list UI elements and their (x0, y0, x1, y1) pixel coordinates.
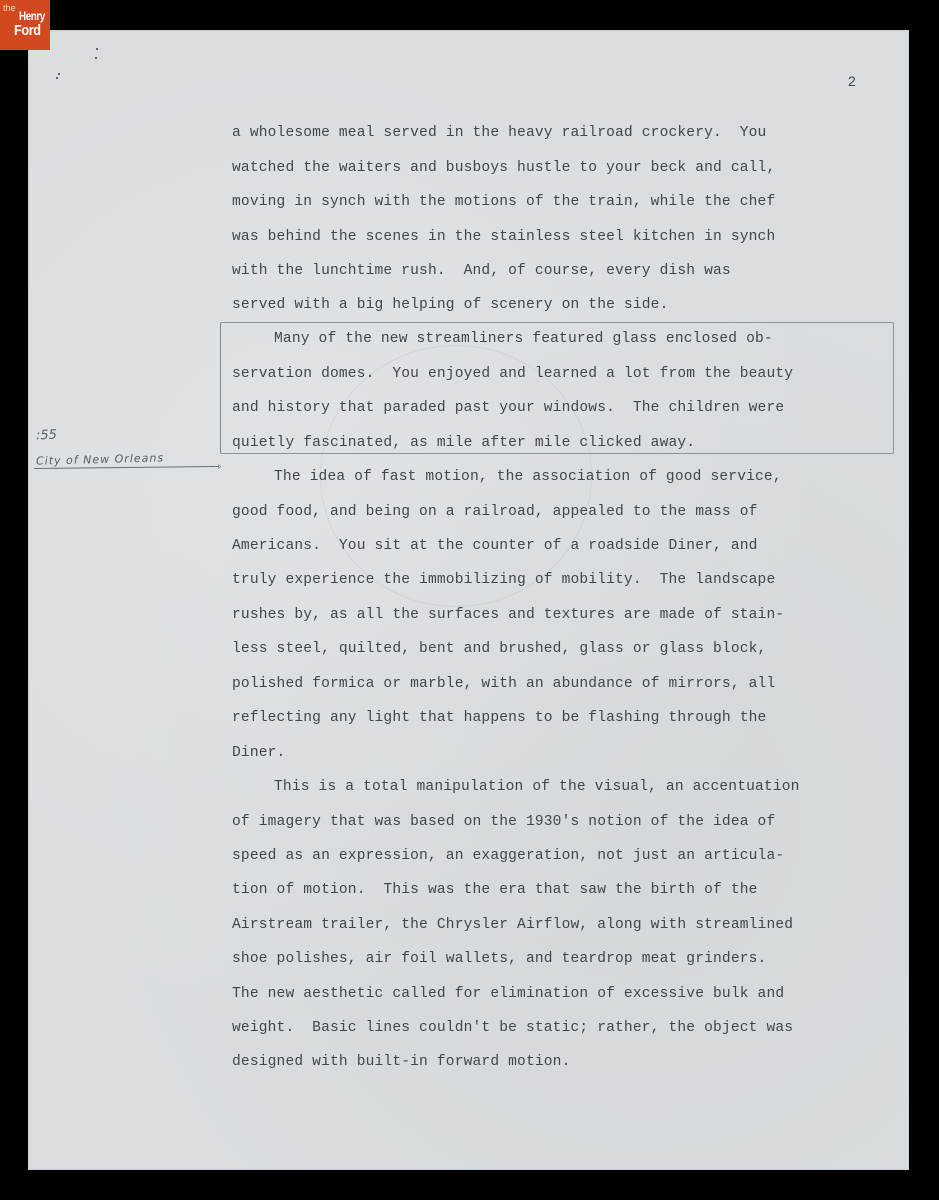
text-line: with the lunchtime rush. And, of course,… (232, 262, 731, 280)
logo-text-the: the (3, 4, 16, 13)
text-line: reflecting any light that happens to be … (232, 709, 766, 727)
margin-note-time: :55 (36, 428, 57, 444)
paper-speck (58, 73, 60, 75)
paper-speck (95, 57, 97, 59)
text-line: rushes by, as all the surfaces and textu… (232, 606, 784, 624)
text-line: truly experience the immobilizing of mob… (232, 571, 775, 589)
paper-speck (56, 77, 58, 79)
text-line: shoe polishes, air foil wallets, and tea… (232, 950, 766, 968)
paragraph-start-line: The idea of fast motion, the association… (274, 468, 782, 486)
text-line: Airstream trailer, the Chrysler Airflow,… (232, 916, 793, 934)
text-line: moving in synch with the motions of the … (232, 193, 775, 211)
text-line: speed as an expression, an exaggeration,… (232, 847, 784, 865)
text-line: served with a big helping of scenery on … (232, 296, 668, 314)
logo-text-ford: Ford (14, 23, 41, 38)
text-line: Americans. You sit at the counter of a r… (232, 537, 758, 555)
text-line: watched the waiters and busboys hustle t… (232, 159, 775, 177)
paper-speck (96, 48, 98, 50)
text-line: weight. Basic lines couldn't be static; … (232, 1019, 793, 1037)
text-line: good food, and being on a railroad, appe… (232, 503, 758, 521)
page-number: 2 (848, 73, 856, 89)
text-line: was behind the scenes in the stainless s… (232, 228, 775, 246)
text-line: polished formica or marble, with an abun… (232, 675, 775, 693)
logo-text-henry: Henry (19, 10, 45, 22)
henry-ford-logo: the Henry Ford (0, 0, 50, 50)
text-line: designed with built-in forward motion. (232, 1053, 571, 1071)
text-line: of imagery that was based on the 1930's … (232, 813, 775, 831)
text-line: tion of motion. This was the era that sa… (232, 881, 758, 899)
arrow-icon: ⇾ (212, 460, 221, 473)
text-line: Diner. (232, 744, 285, 762)
text-line: The new aesthetic called for elimination… (232, 985, 784, 1003)
paragraph-start-line: This is a total manipulation of the visu… (274, 778, 800, 796)
text-line: less steel, quilted, bent and brushed, g… (232, 640, 766, 658)
text-line: a wholesome meal served in the heavy rai… (232, 124, 766, 142)
hand-drawn-box-highlight (220, 322, 894, 454)
